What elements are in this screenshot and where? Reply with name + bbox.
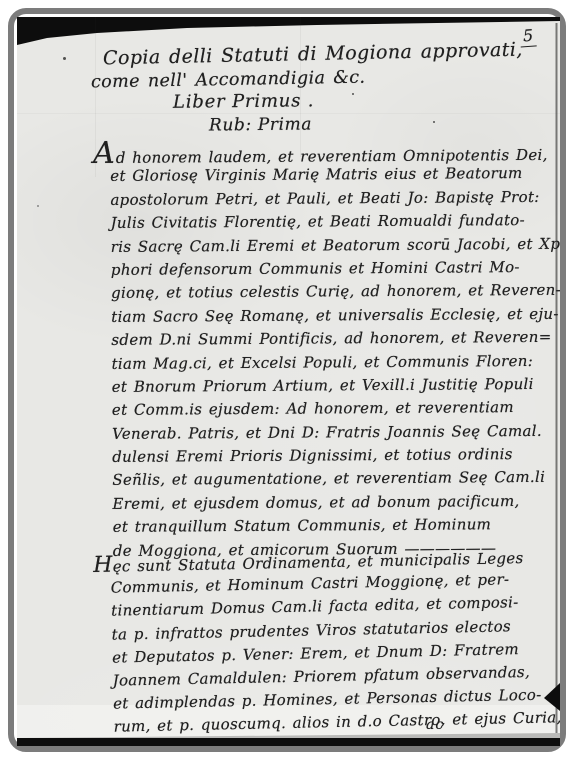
- statute-paragraph-1: Ad honorem laudem, et reverentiam Omnipo…: [93, 139, 560, 563]
- ink-speck: [352, 93, 354, 95]
- ink-speck: [37, 205, 39, 207]
- book-heading: Liber Primus .: [173, 90, 314, 112]
- text-line: sdem D.ni Summi Pontificis, ad honorem, …: [94, 326, 560, 353]
- text-line: et Gloriosę Virginis Marię Matris eius e…: [93, 162, 560, 189]
- text-line: dulensi Eremi Prioris Dignissimi, et tot…: [95, 443, 560, 470]
- text-line: apostolorum Petri, et Pauli, et Beati Jo…: [93, 185, 560, 212]
- text-line: ris Sacrę Cam.li Eremi et Beatorum scorū…: [94, 232, 560, 259]
- text-line: Ad honorem laudem, et reverentiam Omnipo…: [93, 139, 560, 166]
- text-line: Señlis, et augumentatione, et reverentia…: [95, 466, 560, 493]
- text-line: Eremi, et ejusdem domus, et ad bonum pac…: [95, 489, 560, 516]
- text-line: tiam Mag.ci, et Excelsi Populi, et Commu…: [94, 349, 560, 376]
- text-line: gionę, et totius celestis Curię, ad hono…: [94, 279, 560, 306]
- catchword: ac: [426, 717, 444, 733]
- text-line: et Comm.is ejusdem: Ad honorem, et rever…: [95, 396, 560, 423]
- rubric-heading: Rub: Prima: [209, 114, 312, 135]
- ink-speck: [63, 57, 66, 60]
- statute-paragraph-2: Hęc sunt Statuta Ordinamenta, et municip…: [93, 544, 560, 739]
- manuscript-scan-view: 5 Copia delli Statuti di Mogiona approva…: [0, 0, 574, 760]
- text-line: tiam Sacro Seę Romanę, et universalis Ec…: [94, 302, 560, 329]
- ink-speck: [433, 121, 435, 123]
- text-line: Julis Civitatis Florentię, et Beati Romu…: [93, 209, 560, 236]
- text-line: et tranquillum Statum Communis, et Homin…: [96, 513, 560, 540]
- text-line: Venerab. Patris, et Dni D: Fratris Joann…: [95, 419, 560, 446]
- text-line: phori defensorum Communis et Homini Cast…: [94, 256, 560, 283]
- text-line: et Bnorum Priorum Artium, et Vexill.i Ju…: [95, 373, 560, 400]
- manuscript-page: 5 Copia delli Statuti di Mogiona approva…: [17, 17, 560, 746]
